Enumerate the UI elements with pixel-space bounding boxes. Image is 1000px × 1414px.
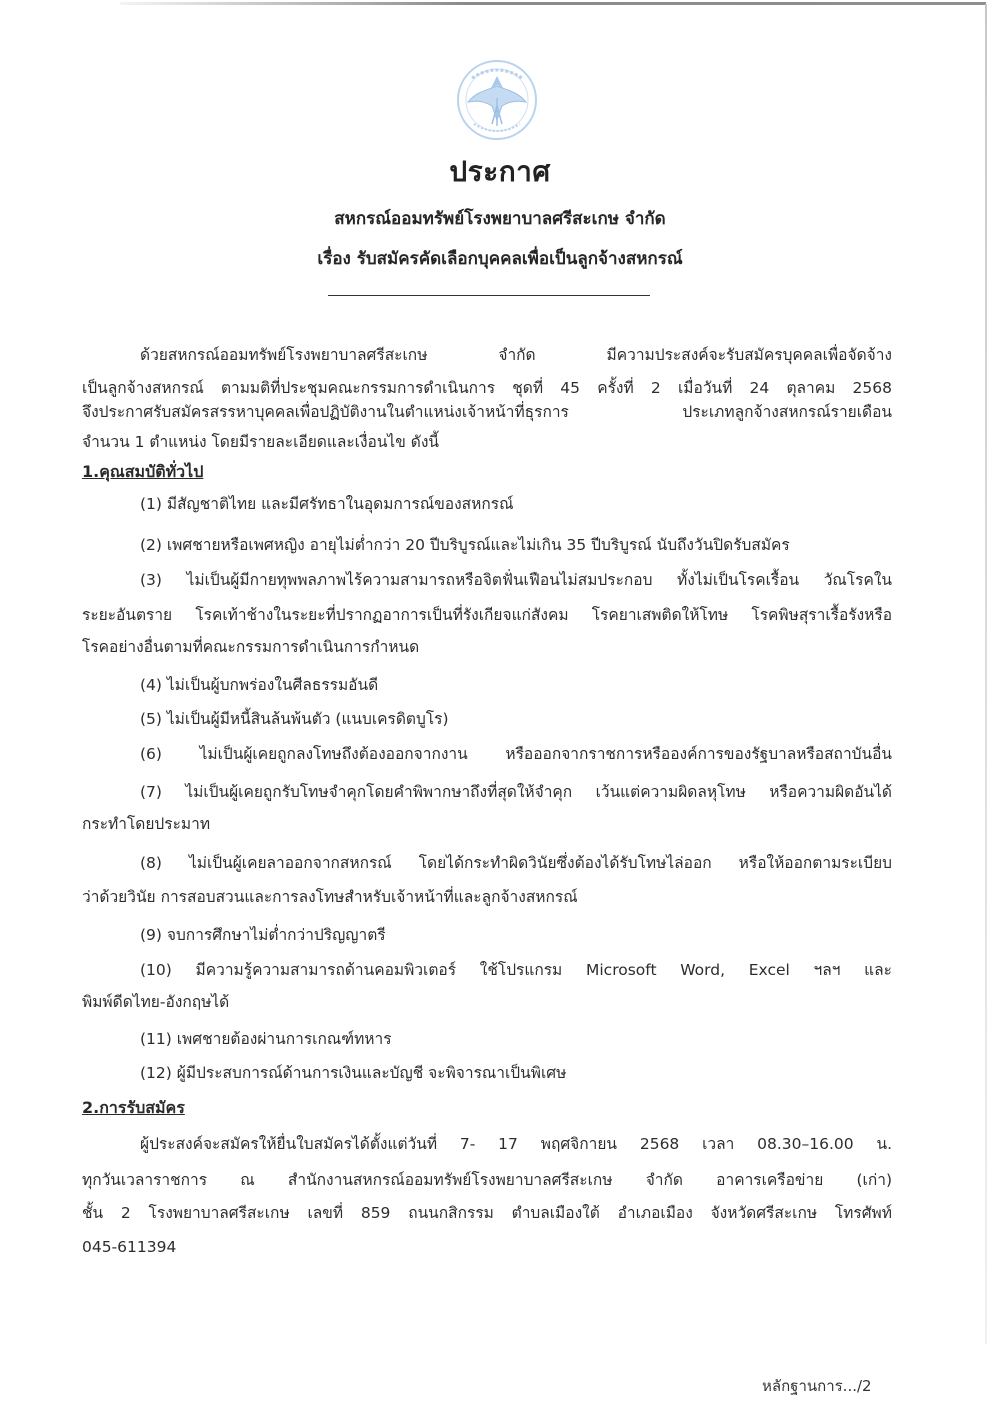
qualification-item: (8) ไม่เป็นผู้เคยลาออกจากสหกรณ์ โดยได้กร… [140, 853, 892, 873]
qualification-item: (10) มีความรู้ความสามารถด้านคอมพิวเตอร์ … [140, 960, 892, 980]
application-line: ทุกวันเวลาราชการ ณ สำนักงานสหกรณ์ออมทรัพ… [82, 1170, 892, 1190]
qualification-item: (11) เพศชายต้องผ่านการเกณฑ์ทหาร [140, 1029, 392, 1049]
qualification-item: (9) จบการศึกษาไม่ต่ำกว่าปริญญาตรี [140, 925, 386, 945]
qualification-item: (7) ไม่เป็นผู้เคยถูกรับโทษจำคุกโดยคำพิพา… [140, 782, 892, 802]
page-continuation: หลักฐานการ.../2 [762, 1374, 872, 1398]
qualification-item: (3) ไม่เป็นผู้มีกายทุพพลภาพไร้ความสามารถ… [140, 570, 892, 590]
qualification-item: (1) มีสัญชาติไทย และมีศรัทธาในอุดมการณ์ข… [140, 494, 513, 514]
qualification-item: (2) เพศชายหรือเพศหญิง อายุไม่ต่ำกว่า 20 … [140, 535, 790, 555]
document-subject: เรื่อง รับสมัครคัดเลือกบุคคลเพื่อเป็นลูก… [0, 245, 1000, 272]
title-divider [328, 295, 650, 296]
qualification-item: โรคอย่างอื่นตามที่คณะกรรมการดำเนินการกำห… [82, 637, 419, 657]
section-heading-qualifications: 1.คุณสมบัติทั่วไป [82, 460, 203, 485]
intro-line: จึงประกาศรับสมัครสรรหาบุคคลเพื่อปฏิบัติง… [82, 402, 892, 422]
application-line: ผู้ประสงค์จะสมัครให้ยื่นใบสมัครได้ตั้งแต… [140, 1134, 892, 1154]
qualification-item: (4) ไม่เป็นผู้บกพร่องในศีลธรรมอันดี [140, 675, 378, 695]
intro-line: ด้วยสหกรณ์ออมทรัพย์โรงพยาบาลศรีสะเกษ จำก… [140, 345, 892, 365]
document-title: ประกาศ [0, 150, 1000, 194]
qualification-item: พิมพ์ดีดไทย-อังกฤษได้ [82, 992, 229, 1012]
qualification-item: (12) ผู้มีประสบการณ์ด้านการเงินและบัญชี … [140, 1063, 566, 1083]
garuda-seal-icon [442, 58, 552, 142]
organization-name: สหกรณ์ออมทรัพย์โรงพยาบาลศรีสะเกษ จำกัด [0, 205, 1000, 232]
phone-number: 045-611394 [82, 1237, 176, 1257]
qualification-item: (6) ไม่เป็นผู้เคยถูกลงโทษถึงต้องออกจากงา… [140, 744, 892, 764]
intro-line: เป็นลูกจ้างสหกรณ์ ตามมติที่ประชุมคณะกรรม… [82, 378, 892, 398]
section-heading-application: 2.การรับสมัคร [82, 1096, 185, 1121]
intro-line: จำนวน 1 ตำแหน่ง โดยมีรายละเอียดและเงื่อน… [82, 432, 439, 452]
scan-edge-top [120, 2, 986, 5]
qualification-item: (5) ไม่เป็นผู้มีหนี้สินล้นพ้นตัว (แนบเคร… [140, 709, 449, 729]
qualification-item: ว่าด้วยวินัย การสอบสวนและการลงโทษสำหรับเ… [82, 887, 578, 907]
qualification-item: ระยะอันตราย โรคเท้าช้างในระยะที่ปรากฏอาก… [82, 605, 892, 625]
application-line: ชั้น 2 โรงพยาบาลศรีสะเกษ เลขที่ 859 ถนนก… [82, 1203, 892, 1223]
qualification-item: กระทำโดยประมาท [82, 814, 210, 834]
